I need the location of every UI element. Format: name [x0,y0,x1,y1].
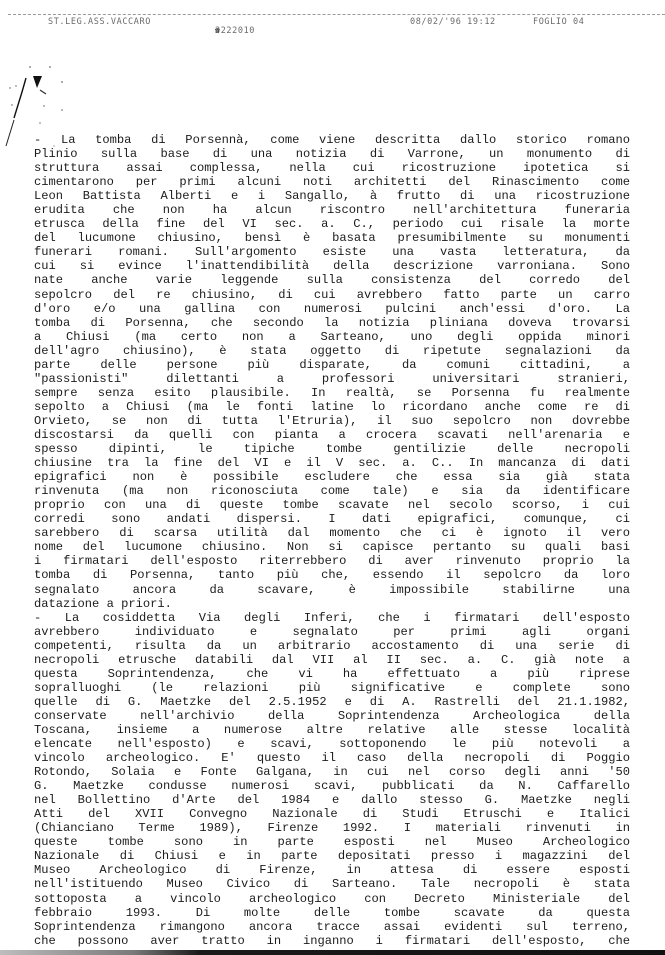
text-line: etrusca della fine del VI sec. a. C., pe… [34,217,630,231]
text-line: corredi sono andati dispersi. I dati epi… [34,512,630,526]
fax-phone-value: 3222010 [215,26,255,36]
letter-body: - La tomba di Porsennà, come viene descr… [34,133,630,948]
text-line: nel Bollettino d'Arte del 1984 e dallo s… [34,793,630,807]
text-line: erudita che non ha alcun riscontro nell'… [34,203,630,217]
text-line: sopralluoghi (le relazioni più significa… [34,681,630,695]
text-line: epigrafici non è possibile escludere che… [34,470,630,484]
text-line: che possono aver tratto in inganno i fir… [34,934,630,948]
text-line: tomba di Porsenna, tanto più che, essend… [34,568,630,582]
text-line: Plinio sulla base di una notizia di Varr… [34,147,630,161]
text-line: cimentarono per primi alcuni noti archit… [34,175,630,189]
text-line: Nazionale di Chiusi e in parte depositat… [34,849,630,863]
text-line: Toscana, insieme a numerose altre relati… [34,723,630,737]
text-line: competenti, risulta da un arbitrario acc… [34,639,630,653]
signature-scribble-icon [0,30,80,150]
text-line: (Chianciano Terme 1989), Firenze 1992. I… [34,821,630,835]
text-line: - La tomba di Porsennà, come viene descr… [34,133,630,147]
text-line: nell'istituendo Museo Civico di Sarteano… [34,877,630,891]
text-line: d'oro e/o una gallina con numerosi pulci… [34,302,630,316]
text-line: datazione a priori. [34,597,630,611]
text-line: sepolcro del re chiusino, di cui avrebbe… [34,288,630,302]
text-line: sepolto a Chiusi (ma le fonti latine lo … [34,400,630,414]
text-line: dell'agro chiusino), è stata oggetto di … [34,344,630,358]
scan-edge-shadow [0,950,665,955]
fax-datetime: 08/02/'96 19:12 [410,17,496,27]
text-line: questa Soprintendenza, che vi ha effettu… [34,667,630,681]
text-line: del lucumone chiusino, bensì è basata pr… [34,231,630,245]
text-line: discostarsi da quelli con pianta a croce… [34,428,630,442]
text-line: parte delle persone più disparate, da co… [34,358,630,372]
text-line: i firmatari dell'esposto riterrebbero di… [34,554,630,568]
text-line: conservate nell'archivio della Soprinten… [34,709,630,723]
text-line: nome del lucumone chiusino. Non si capis… [34,540,630,554]
text-line: quelle di G. Maetzke del 2.5.1952 e di A… [34,695,630,709]
text-line: vincolo archeologico. E' questo il caso … [34,751,630,765]
text-line: a Chiusi (ma certo non a Sarteano, uno d… [34,330,630,344]
fax-page-number: FOGLIO 04 [533,17,584,27]
fax-header-rule [8,14,665,15]
text-line: nate anche varie leggende sulla consiste… [34,273,630,287]
text-line: cui si evince l'inattendibilità della de… [34,259,630,273]
text-line: Rotondo, Solaia e Fonte Galgana, in cui … [34,765,630,779]
text-line: elencate nell'esposto) e scavi, sottopon… [34,737,630,751]
text-line: Soprintendenza rimangono ancora tracce a… [34,920,630,934]
text-line: - La cosiddetta Via degli Inferi, che i … [34,611,630,625]
text-line: necropoli etrusche databili dal VII al I… [34,653,630,667]
text-line: Orvieto, se non di tutta l'Etruria), il … [34,414,630,428]
text-line: Museo Archeologico di Firenze, in attesa… [34,863,630,877]
text-line: rinvenuta (ma non riconosciuta come tale… [34,484,630,498]
text-line: tomba di Porsenna, che secondo la notizi… [34,316,630,330]
fax-transmission-header: ST.LEG.ASS.VACCARO ☎3222010 08/02/'96 19… [0,8,665,24]
text-line: queste tombe sono in parte esposti nel M… [34,835,630,849]
text-line: avrebbero individuato e segnalato per pr… [34,625,630,639]
text-line: febbraio 1993. Di molte delle tombe scav… [34,906,630,920]
text-line: sempre senza esito plausibile. In realtà… [34,386,630,400]
fax-sender: ST.LEG.ASS.VACCARO [48,17,151,27]
text-line: struttura assai complessa, nella cui ric… [34,161,630,175]
text-line: chiusine tra la fine del VI e il V sec. … [34,456,630,470]
text-line: Atti del XVII Convegno Nazionale di Stud… [34,807,630,821]
text-line: segnalato ancora da scavare, è impossibi… [34,583,630,597]
text-line: Leon Battista Alberti e i Sangallo, à fr… [34,189,630,203]
text-line: "passionisti" dilettanti a professori un… [34,372,630,386]
text-line: proprio con una di queste tombe scavate … [34,498,630,512]
text-line: G. Maetzke condusse numerosi scavi, pubb… [34,779,630,793]
text-line: sottoposta a vincolo archeologico con De… [34,892,630,906]
text-line: spesso dipinti, le tipiche tombe gentili… [34,442,630,456]
text-line: funerari romani. Sull'argomento esiste u… [34,245,630,259]
text-line: sarebbero di scarsa utilità dal momento … [34,526,630,540]
